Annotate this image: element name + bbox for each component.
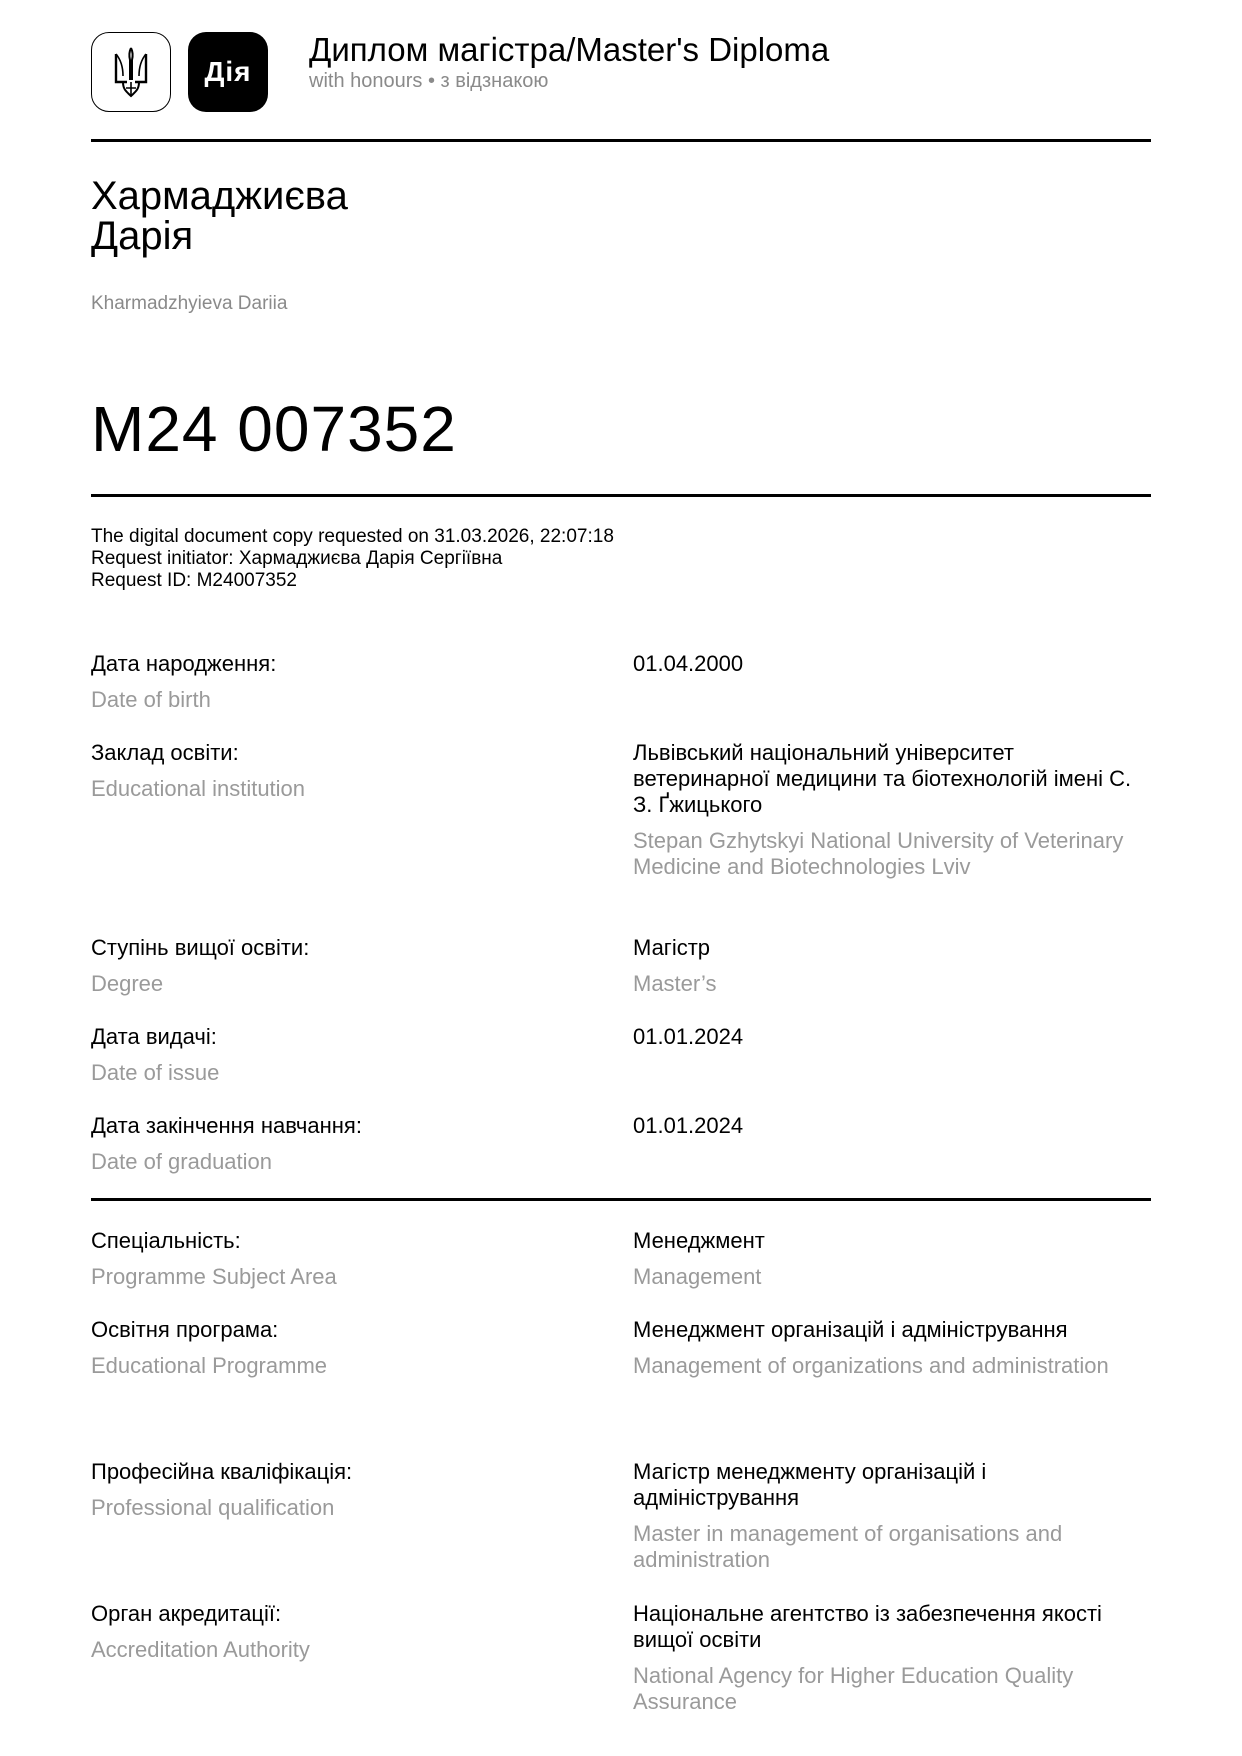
field-label-en: Educational Programme (91, 1353, 327, 1379)
diia-logo-text: Дія (204, 56, 251, 88)
field-value: Львівський національний університет вете… (633, 740, 1153, 880)
field-value: Національне агентство із забезпечення як… (633, 1601, 1153, 1715)
field-value: 01.01.2024 (633, 1113, 1153, 1139)
field-value-en: Stepan Gzhytskyi National University of … (633, 828, 1153, 880)
field-value-uk: 01.01.2024 (633, 1024, 1153, 1050)
field-value-uk: Магістр (633, 935, 1153, 961)
field-value: Магістр Master’s (633, 935, 1153, 997)
field-value: Менеджмент Management (633, 1228, 1153, 1290)
field-value-uk: Менеджмент (633, 1228, 1153, 1254)
field-label-uk: Професійна кваліфікація: (91, 1459, 352, 1485)
field-label-uk: Дата закінчення навчання: (91, 1113, 362, 1139)
field-label-en: Date of issue (91, 1060, 219, 1086)
holder-name-en: Kharmadzhyieva Dariia (91, 293, 287, 315)
field-label-uk: Спеціальність: (91, 1228, 241, 1254)
divider (91, 1198, 1151, 1201)
field-label-en: Professional qualification (91, 1495, 334, 1521)
request-info: The digital document copy requested on 3… (91, 526, 614, 592)
field-label-en: Educational institution (91, 776, 305, 802)
field-label-uk: Дата народження: (91, 651, 276, 677)
document-title: Диплом магістра/Master's Diploma (309, 30, 829, 70)
field-value-en: Management (633, 1264, 1153, 1290)
request-timestamp: The digital document copy requested on 3… (91, 526, 614, 548)
field-value-uk: 01.01.2024 (633, 1113, 1153, 1139)
diia-logo: Дія (188, 32, 268, 112)
field-value-uk: 01.04.2000 (633, 651, 1153, 677)
holder-name-uk: Хармаджиєва Дарія (91, 176, 348, 256)
holder-given-name: Дарія (91, 216, 348, 256)
field-label-uk: Заклад освіти: (91, 740, 239, 766)
field-label-uk: Орган акредитації: (91, 1601, 281, 1627)
field-value-uk: Національне агентство із забезпечення як… (633, 1601, 1153, 1653)
field-value-uk: Львівський національний університет вете… (633, 740, 1153, 818)
field-label-en: Degree (91, 971, 163, 997)
document-subtitle: with honours • з відзнакою (309, 70, 548, 93)
divider (91, 139, 1151, 142)
field-label-en: Programme Subject Area (91, 1264, 337, 1290)
field-value-en: Master’s (633, 971, 1153, 997)
field-value: 01.01.2024 (633, 1024, 1153, 1050)
field-label-uk: Дата видачі: (91, 1024, 217, 1050)
field-value: Менеджмент організацій і адміністрування… (633, 1317, 1153, 1379)
divider (91, 494, 1151, 497)
field-label-en: Date of birth (91, 687, 211, 713)
field-value-en: National Agency for Higher Education Qua… (633, 1663, 1153, 1715)
field-label-en: Date of graduation (91, 1149, 272, 1175)
request-id: Request ID: M24007352 (91, 570, 614, 592)
field-label-en: Accreditation Authority (91, 1637, 310, 1663)
holder-surname: Хармаджиєва (91, 176, 348, 216)
coat-of-arms-logo (91, 32, 171, 112)
field-value-uk: Менеджмент організацій і адміністрування (633, 1317, 1153, 1343)
field-value-en: Master in management of organisations an… (633, 1521, 1153, 1573)
field-value-en: Management of organizations and administ… (633, 1353, 1153, 1379)
document-number: M24 007352 (91, 393, 457, 465)
document-header: Дія Диплом магістра/Master's Diploma wit… (91, 32, 1151, 116)
field-label-uk: Освітня програма: (91, 1317, 278, 1343)
request-initiator: Request initiator: Хармаджиєва Дарія Сер… (91, 548, 614, 570)
trident-icon (113, 46, 149, 98)
field-value: Магістр менеджменту організацій і адміні… (633, 1459, 1153, 1573)
field-value: 01.04.2000 (633, 651, 1153, 677)
field-label-uk: Ступінь вищої освіти: (91, 935, 309, 961)
field-value-uk: Магістр менеджменту організацій і адміні… (633, 1459, 1153, 1511)
